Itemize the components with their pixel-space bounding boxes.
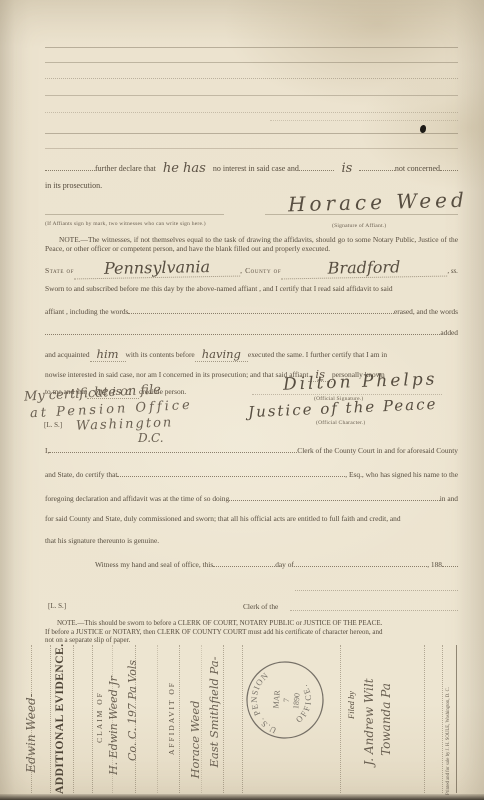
ruled-line [45, 112, 458, 113]
docket-filed-name-handwriting: J. Andrew Wilt [362, 652, 376, 792]
clerk-text: foregoing declaration and affidavit was … [45, 494, 229, 503]
pension-office-stamp: U.S. PENSION OFFICE. MAR 7 1890 [239, 654, 330, 745]
blank-leader [440, 162, 458, 171]
state-label: State of [45, 266, 74, 275]
clerk-line-5: that his signature thereunto is genuine. [45, 536, 458, 545]
ruled-line [45, 47, 458, 48]
docket-rule [442, 645, 443, 793]
clerk-text: day of [275, 560, 294, 569]
stamp-date-month: MAR [271, 689, 282, 709]
blank-leader [128, 305, 394, 314]
mark-caption: (If Affiants sign by mark, two witnesses… [45, 221, 206, 227]
ink-blot [420, 125, 426, 133]
prosecution-text: in its prosecution. [45, 181, 102, 190]
jurat-line-4: and acquainted him with its contents bef… [45, 346, 458, 361]
handwritten-state: Pennsylvania [74, 257, 240, 280]
jurat-line-3: added [45, 326, 458, 337]
docket-fold-edge [456, 645, 457, 793]
docket-filed-by-label: Filed by [346, 666, 356, 744]
docket-title: ADDITIONAL EVIDENCE. [54, 649, 66, 794]
docket-rule [73, 645, 74, 793]
blank-leader [290, 610, 458, 611]
docket-rule [179, 645, 180, 793]
jurat-line-1: Sworn to and subscribed before me this d… [45, 284, 458, 293]
venue-line: State of Pennsylvania , County of Bradfo… [45, 258, 458, 276]
marginal-note-handwriting: D.C. [138, 431, 164, 445]
handwritten-county: Bradford [281, 257, 447, 280]
witness-note: NOTE.—The witnesses, if not themselves e… [45, 235, 458, 253]
ruled-line [45, 133, 458, 134]
ruled-line [45, 148, 458, 149]
blank-leader [294, 558, 427, 567]
clerk-text: and State, do certify that [45, 470, 117, 479]
blank-leader [117, 468, 345, 477]
docket-rule [92, 645, 93, 793]
docket-rule [223, 645, 224, 793]
blank-leader [359, 162, 395, 171]
clerk-text: Clerk of the County Court in and for afo… [297, 446, 458, 455]
docket-filed-place-handwriting: Towanda Pa [379, 667, 393, 772]
handwritten-is: is [334, 161, 359, 176]
blank-leader [45, 326, 440, 335]
docket-rule [424, 645, 425, 793]
jurat-text: and acquainted [45, 350, 90, 359]
clerk-line-4: for said County and State, duly commissi… [45, 514, 458, 523]
clerk-text: Witness my hand and seal of office, this [95, 560, 213, 569]
witness-seal-line: Witness my hand and seal of office, this… [95, 558, 458, 569]
clerk-text: in and [440, 494, 458, 503]
docket-affidavit-of-label: AFFIDAVIT OF [167, 678, 176, 758]
seal-placeholder-ls-2: [L. S.] [48, 602, 66, 610]
printer-credit: Printed and for sale by J. H. SOULE, Was… [446, 645, 451, 795]
jurat-text: added [440, 328, 458, 337]
declaration-text: further declare that [95, 164, 156, 173]
clerk-signature-line [295, 590, 458, 591]
official-signature-handwriting: Dilton Phelps [283, 369, 438, 394]
docket-rule [157, 645, 158, 793]
bottom-note-line: not on a separate slip of paper. [45, 636, 458, 645]
affiant-signature-handwriting: Horace Weed [288, 188, 468, 217]
bottom-note-line: NOTE.—This should be sworn to before a C… [45, 619, 458, 628]
docket-claim-name-handwriting: H. Edwin Weed Jr [107, 663, 120, 788]
official-character-handwriting: Justice of the Peace [248, 395, 438, 421]
clerk-text: , 188 [427, 560, 442, 569]
blank-leader [49, 444, 297, 453]
ruled-line [45, 78, 458, 79]
clerk-text: , Esq., who has signed his name to the [345, 470, 458, 479]
blank-leader [442, 558, 458, 567]
declaration-line: further declare that he has no interest … [45, 160, 458, 175]
docket-affiant-place-handwriting: East Smithfield Pa- [207, 642, 221, 782]
stamp-date-year: 1890 [291, 693, 301, 710]
official-character-caption: (Official Character.) [316, 420, 365, 426]
clerk-text: for said County and State, duly commissi… [45, 514, 401, 523]
bottom-note-line: If before a JUSTICE or NOTARY, then CLER… [45, 628, 458, 637]
ruled-line [270, 120, 458, 121]
seal-placeholder-ls: [L. S.] [44, 421, 62, 429]
scanned-affidavit-document: further declare that he has no interest … [0, 0, 484, 800]
official-signature-line [252, 394, 442, 395]
jurat-text: nowise interested in said case, nor am I… [45, 370, 308, 379]
blank-leader [229, 492, 440, 501]
jurat-text: executed the same. I further certify tha… [248, 350, 387, 359]
blank-leader [299, 162, 335, 171]
docket-affiant-name-handwriting: Horace Weed [188, 687, 202, 792]
jurat-text: affiant , including the words [45, 307, 128, 316]
jurat-text: erased, and the words [394, 307, 458, 316]
witness-signature-line [45, 214, 224, 215]
docket-claim-of-label: CLAIM OF [95, 682, 104, 752]
handwritten-having: having [195, 347, 248, 362]
docket-rule [50, 645, 51, 793]
scan-edge-shadow [0, 794, 484, 800]
handwritten-he-has: he has [156, 161, 213, 176]
clerk-line-3: foregoing declaration and affidavit was … [45, 492, 458, 503]
declaration-text: not concerned [395, 164, 440, 173]
declaration-text: no interest in said case and [213, 164, 299, 173]
handwritten-him: him [90, 347, 126, 362]
blank-leader [213, 558, 275, 567]
clerk-line-2: and State, do certify that , Esq., who h… [45, 468, 458, 479]
docket-claim-unit-handwriting: Co. C. 197 Pa Vols [126, 643, 139, 778]
jurat-text: Sworn to and subscribed before me this d… [45, 284, 393, 293]
signature-caption: (Signature of Affiant.) [332, 223, 386, 229]
docket-claimant-name-handwriting: Edwin Weed- [24, 668, 38, 798]
jurat-line-2: affiant , including the words erased, an… [45, 305, 458, 316]
docket-rule [340, 645, 341, 793]
county-label: , County of [240, 266, 281, 275]
ruled-line [45, 95, 458, 96]
blank-leader [45, 162, 95, 171]
stamp-date-day: 7 [282, 698, 291, 703]
clerk-line-1: I, Clerk of the County Court in and for … [45, 444, 458, 455]
jurat-text: with its contents before [126, 350, 195, 359]
clerk-text: that his signature thereunto is genuine. [45, 536, 159, 545]
ruled-line [45, 62, 458, 63]
ss-label: , ss. [447, 267, 458, 275]
clerk-of-label: Clerk of the [243, 602, 278, 611]
